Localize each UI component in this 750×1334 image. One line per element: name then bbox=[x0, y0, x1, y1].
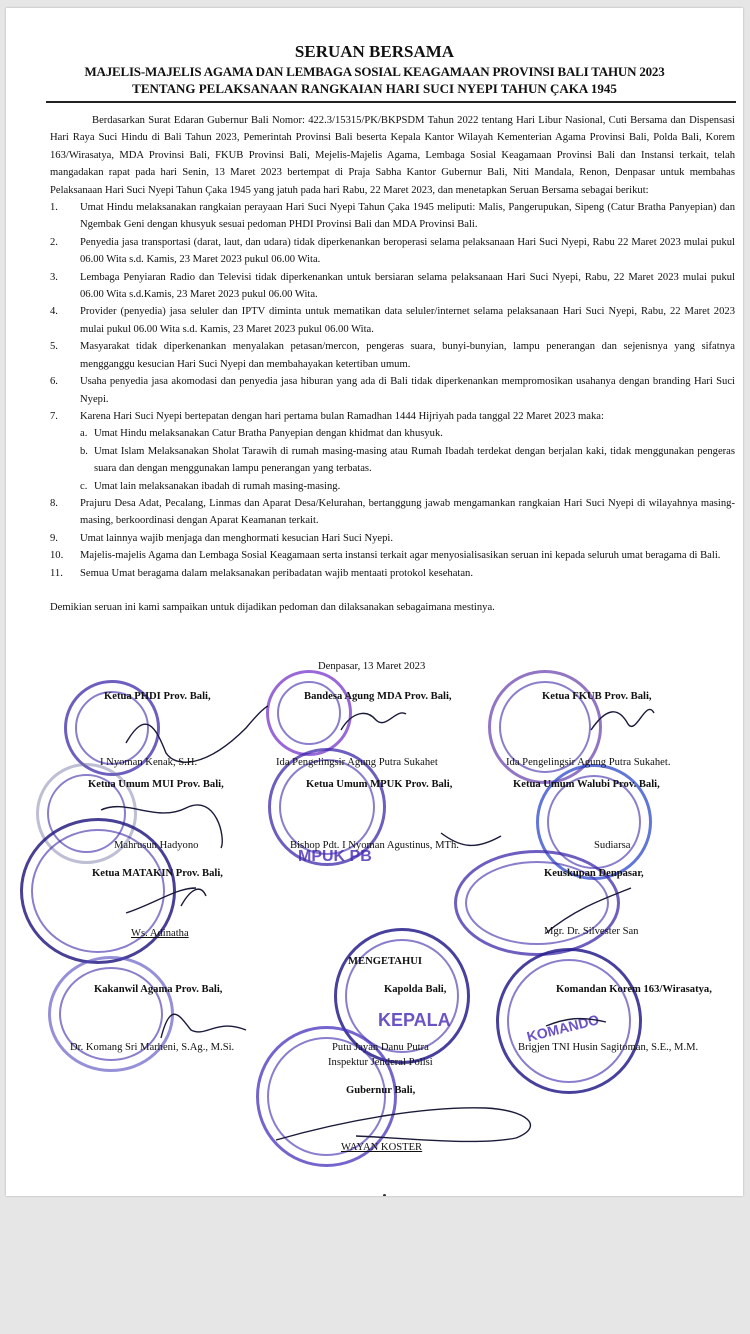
signatory-role-korem: Komandan Korem 163/Wirasatya, bbox=[556, 984, 712, 995]
signature-scribbles bbox=[6, 8, 743, 1196]
signatory-name-gubernur: WAYAN KOSTER bbox=[341, 1142, 422, 1153]
signatory-name-kapolda: Putu Jayan Danu Putra bbox=[332, 1042, 429, 1053]
signatory-role-keuskupan: Keuskupan Denpasar, bbox=[544, 868, 644, 879]
page-mark bbox=[383, 1194, 386, 1196]
signatory-role-phdi: Ketua PHDI Prov. Bali, bbox=[104, 691, 211, 702]
signatory-name-mda: Ida Pengelingsir Agung Putra Sukahet bbox=[276, 757, 438, 768]
signatory-name-mpuk: Bishop Pdt. I Nyoman Agustinus, MTh. bbox=[290, 840, 459, 851]
signatory-role-mpuk: Ketua Umum MPUK Prov. Bali, bbox=[306, 779, 452, 790]
signatory-role-walubi: Ketua Umum Walubi Prov. Bali, bbox=[513, 779, 660, 790]
signatory-name-phdi: I Nyoman Kenak, S.H. bbox=[100, 757, 197, 768]
signatory-name-kakanwil: Dr. Komang Sri Marheni, S.Ag., M.Si. bbox=[70, 1042, 234, 1053]
signatory-name-fkub: Ida Pengelingsir Agung Putra Sukahet. bbox=[506, 757, 670, 768]
signatory-name-walubi: Sudiarsa bbox=[594, 840, 630, 851]
signatory-role-gubernur: Gubernur Bali, bbox=[346, 1085, 415, 1096]
signatory-rank-kapolda: Inspektur Jenderal Polisi bbox=[328, 1057, 433, 1068]
signatory-name-keuskupan: Mgr. Dr. Silvester San bbox=[544, 926, 638, 937]
signatory-role-kakanwil: Kakanwil Agama Prov. Bali, bbox=[94, 984, 222, 995]
signatory-name-matakin: Ws. Adinatha bbox=[131, 928, 189, 939]
acknowledgement-label: MENGETAHUI bbox=[348, 956, 422, 967]
signatory-role-matakin: Ketua MATAKIN Prov. Bali, bbox=[92, 868, 223, 879]
signatory-role-mui: Ketua Umum MUI Prov. Bali, bbox=[88, 779, 224, 790]
signatory-name-korem: Brigjen TNI Husin Sagitoman, S.E., M.M. bbox=[518, 1042, 698, 1053]
signatory-role-mda: Bandesa Agung MDA Prov. Bali, bbox=[304, 691, 452, 702]
signatory-name-mui: Mahrusun Hadyono bbox=[114, 840, 198, 851]
place-date: Denpasar, 13 Maret 2023 bbox=[318, 661, 425, 672]
signatory-role-kapolda: Kapolda Bali, bbox=[384, 984, 446, 995]
signatory-role-fkub: Ketua FKUB Prov. Bali, bbox=[542, 691, 652, 702]
document-page: SERUAN BERSAMA MAJELIS-MAJELIS AGAMA DAN… bbox=[6, 8, 743, 1196]
